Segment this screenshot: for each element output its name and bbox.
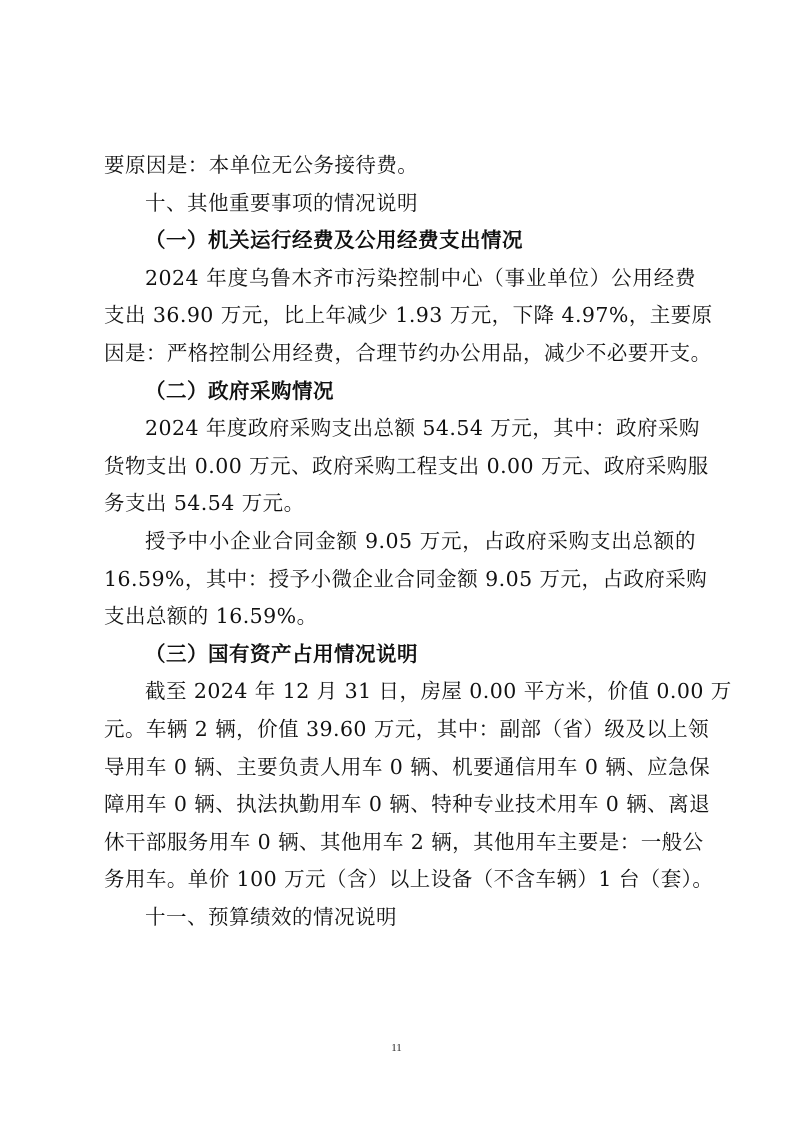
paragraph-line: 支出 36.90 万元，比上年减少 1.93 万元，下降 4.97%，主要原 [104,297,696,335]
paragraph-line: 元。车辆 2 辆，价值 39.60 万元，其中：副部（省）级及以上领 [104,711,696,749]
paragraph-line: 支出总额的 16.59%。 [104,598,696,636]
paragraph-line: 休干部服务用车 0 辆、其他用车 2 辆，其他用车主要是：一般公 [104,824,696,862]
document-page: 要原因是：本单位无公务接待费。 十、其他重要事项的情况说明 （一）机关运行经费及… [104,147,696,936]
paragraph-line: 截至 2024 年 12 月 31 日，房屋 0.00 平方米，价值 0.00 … [104,673,696,711]
paragraph-line: 16.59%，其中：授予小微企业合同金额 9.05 万元，占政府采购 [104,561,696,599]
paragraph-line: 务用车。单价 100 万元（含）以上设备（不含车辆）1 台（套）。 [104,861,696,899]
paragraph-line: 要原因是：本单位无公务接待费。 [104,147,696,185]
paragraph-line: 授予中小企业合同金额 9.05 万元，占政府采购支出总额的 [104,523,696,561]
paragraph-line: 务支出 54.54 万元。 [104,485,696,523]
paragraph-line: 货物支出 0.00 万元、政府采购工程支出 0.00 万元、政府采购服 [104,448,696,486]
subsection-heading-2: （二）政府采购情况 [104,373,696,411]
subsection-heading-1: （一）机关运行经费及公用经费支出情况 [104,222,696,260]
section-heading-10: 十、其他重要事项的情况说明 [104,185,696,223]
paragraph-line: 2024 年度政府采购支出总额 54.54 万元，其中：政府采购 [104,410,696,448]
section-heading-11: 十一、预算绩效的情况说明 [104,899,696,937]
paragraph-line: 2024 年度乌鲁木齐市污染控制中心（事业单位）公用经费 [104,260,696,298]
paragraph-line: 障用车 0 辆、执法执勤用车 0 辆、特种专业技术用车 0 辆、离退 [104,786,696,824]
paragraph-line: 因是：严格控制公用经费，合理节约办公用品，减少不必要开支。 [104,335,696,373]
paragraph-line: 导用车 0 辆、主要负责人用车 0 辆、机要通信用车 0 辆、应急保 [104,749,696,787]
page-number: 11 [0,1042,793,1054]
subsection-heading-3: （三）国有资产占用情况说明 [104,636,696,674]
